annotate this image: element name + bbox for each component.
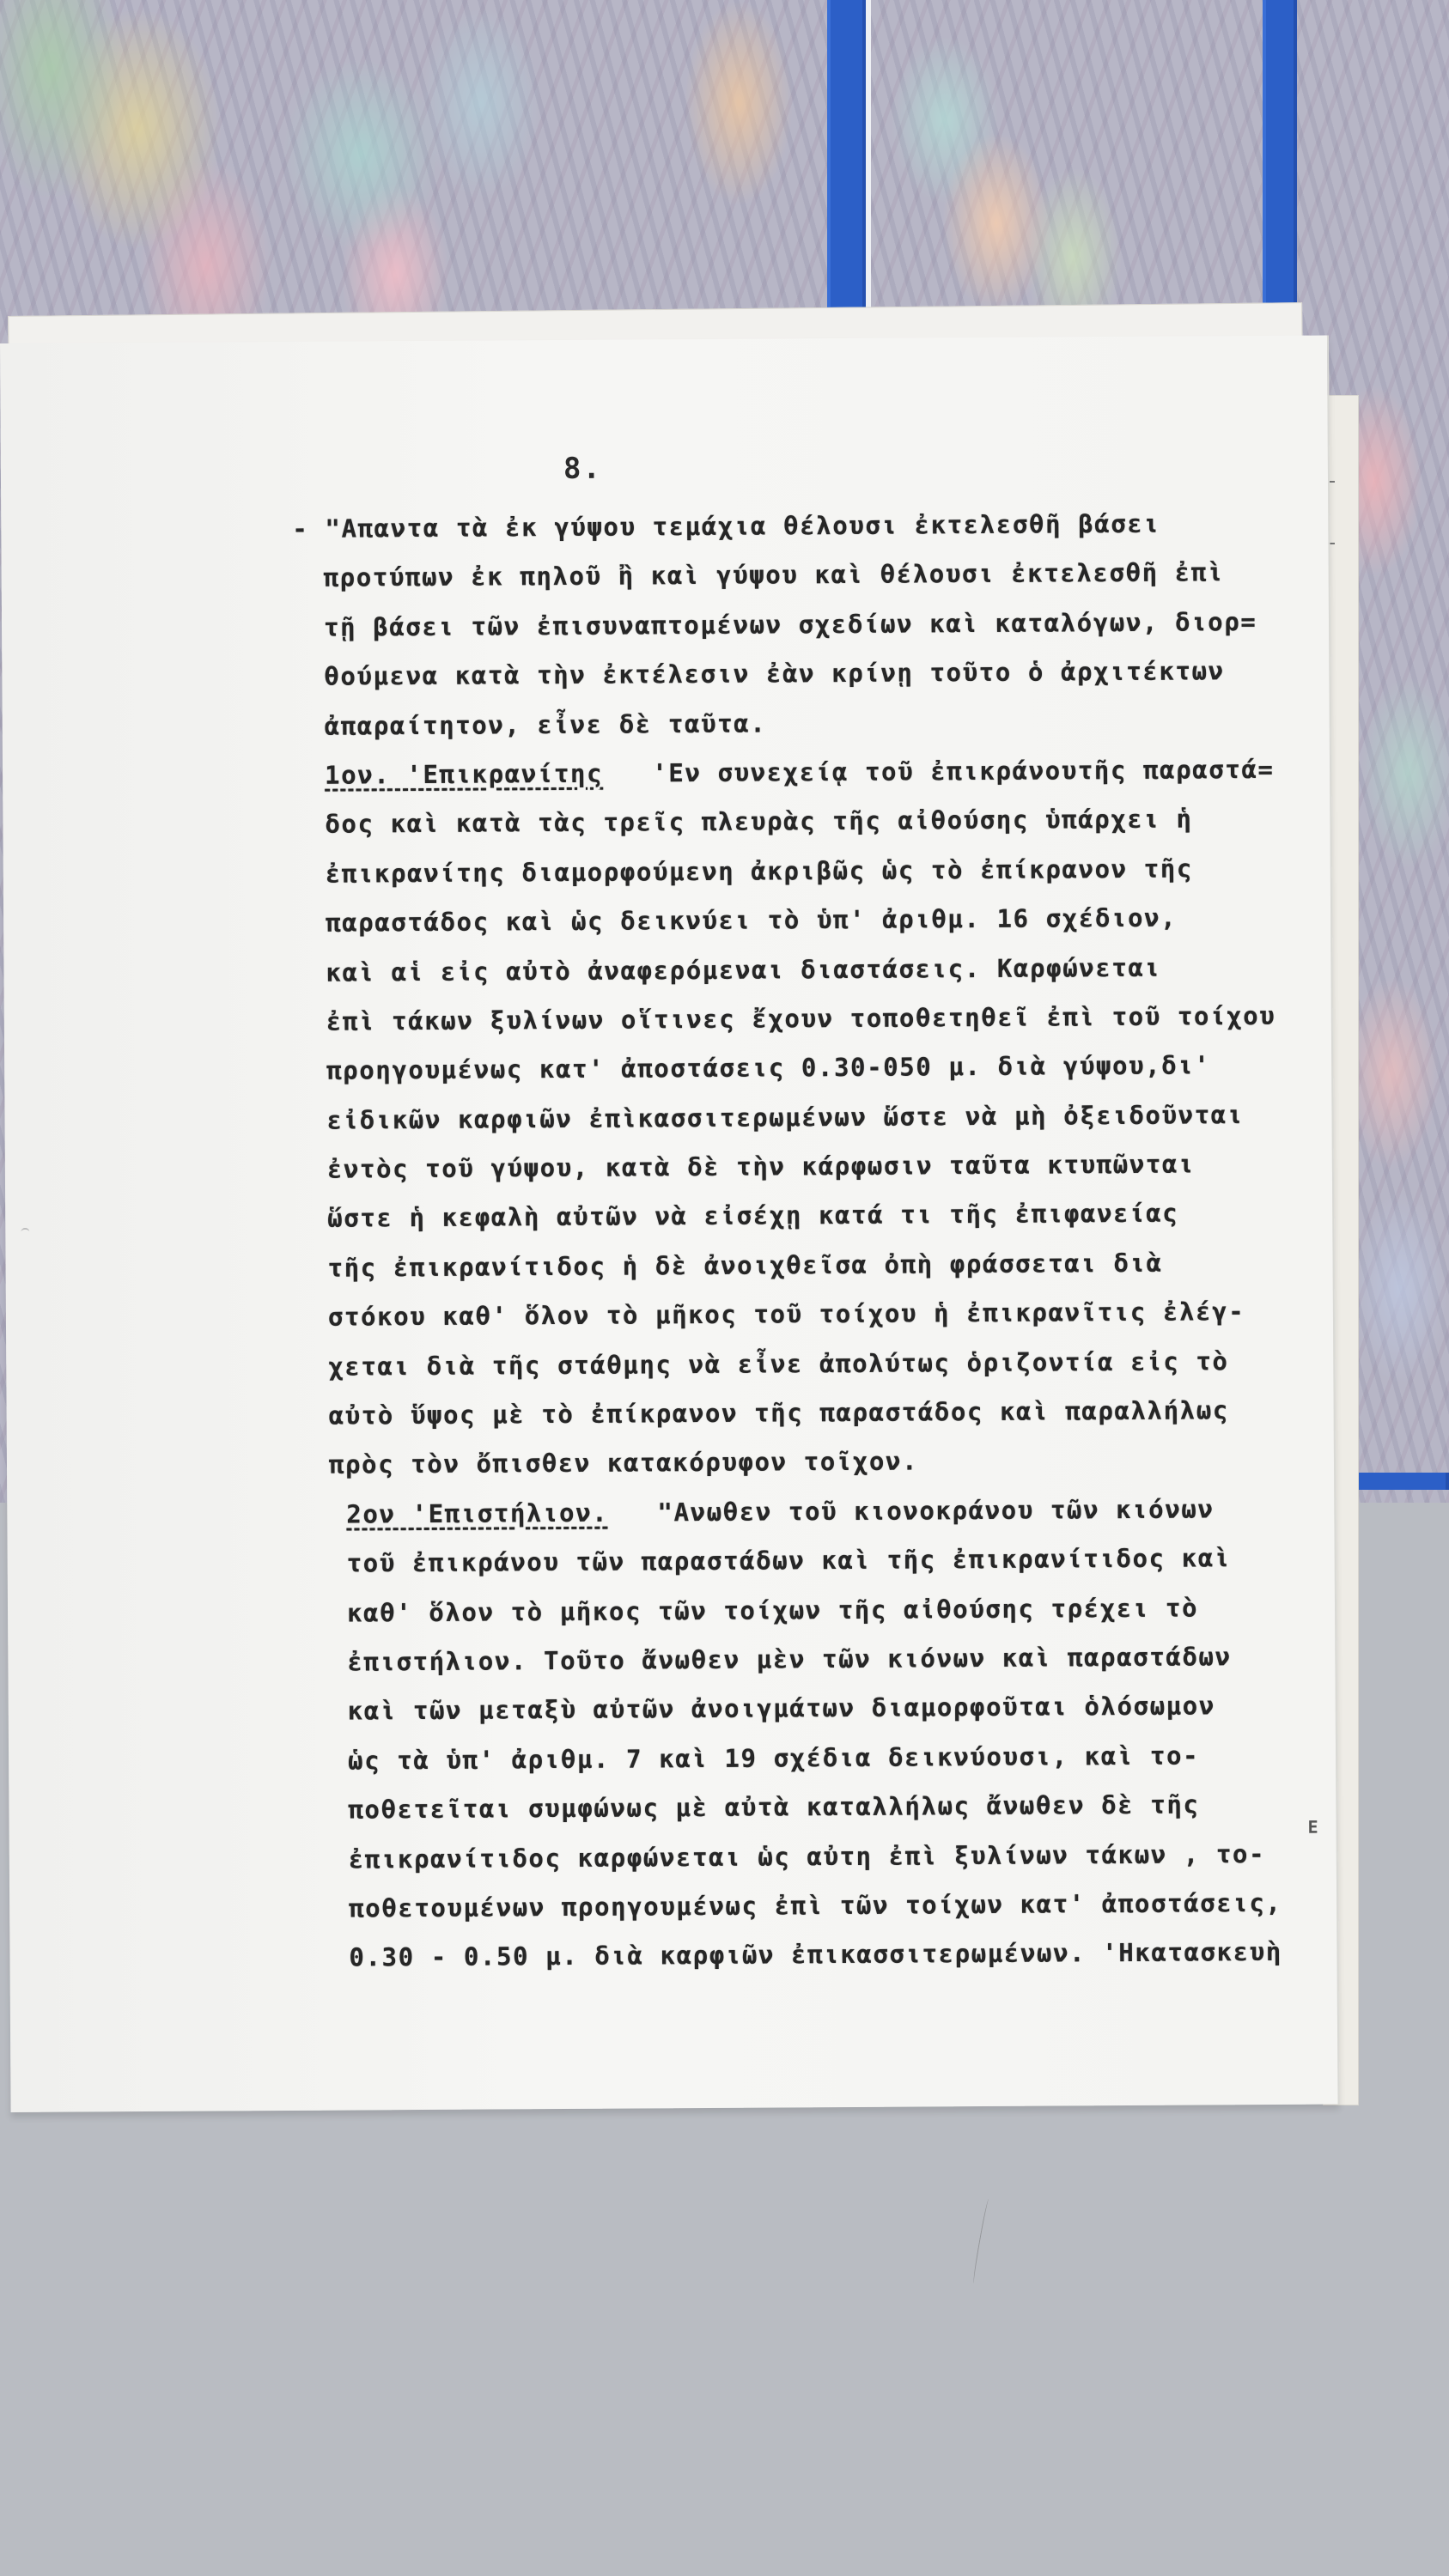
section-2-heading: 2ον 'Επιστήλιον. bbox=[346, 1498, 608, 1529]
text-line: ἀπαραίτητον, εἶνε δὲ ταῦτα. bbox=[325, 696, 1295, 750]
photo-scene: 8. - "Απαντα τὰ ἐκ γύψου τεμάχια θέλουσι… bbox=[0, 0, 1449, 2576]
text-line: τοῦ ἐπικράνου τῶν παραστάδων καὶ τῆς ἐπι… bbox=[347, 1534, 1300, 1589]
text-line: ἐπιστήλιον. Τοῦτο ἄνωθεν μὲν τῶν κιόνων … bbox=[347, 1632, 1300, 1687]
text-line: χεται διὰ τῆς στάθμης νὰ εἶνε ἀπολύτως ὁ… bbox=[328, 1336, 1299, 1391]
text-line: καὶ τῶν μεταξὺ αὐτῶν ἀνοιγμάτων διαμορφο… bbox=[348, 1681, 1301, 1736]
text-line: ἐντὸς τοῦ γύψου, κατὰ δὲ τὴν κάρφωσιν τα… bbox=[327, 1139, 1298, 1194]
text-line: καθ' ὅλον τὸ μῆκος τῶν τοίχων τῆς αἰθούσ… bbox=[347, 1583, 1300, 1637]
text-line: - "Απαντα τὰ ἐκ γύψου τεμάχια θέλουσι ἐκ… bbox=[292, 499, 1294, 555]
typed-text-body: - "Απαντα τὰ ἐκ γύψου τεμάχια θέλουσι ἐκ… bbox=[297, 499, 1302, 1984]
typewritten-page: 8. - "Απαντα τὰ ἐκ γύψου τεμάχια θέλουσι… bbox=[0, 336, 1340, 2112]
text-line: ποθετεῖται συμφώνως μὲ αὐτὰ καταλλήλως ἄ… bbox=[348, 1780, 1301, 1835]
text-line: τῇ βάσει τῶν ἐπισυναπτομένων σχεδίων καὶ… bbox=[324, 598, 1294, 653]
section-1-first-line: 1ον. 'Επικρανίτης 'Εν συνεχείᾳ τοῦ ἐπικρ… bbox=[325, 745, 1295, 800]
text-line: ὡς τὰ ὑπ' ἀριθμ. 7 καὶ 19 σχέδια δεικνύο… bbox=[348, 1731, 1301, 1786]
text-line: 'Εν συνεχείᾳ τοῦ ἐπικράνουτῆς παραστά= bbox=[652, 755, 1274, 787]
text-line: παραστάδος καὶ ὡς δεικνύει τὸ ὑπ' ἀριθμ.… bbox=[326, 893, 1296, 948]
text-line: στόκου καθ' ὅλον τὸ μῆκος τοῦ τοίχου ἡ ἐ… bbox=[328, 1287, 1299, 1342]
blue-binder-strip-left bbox=[827, 0, 866, 318]
text-line: δος καὶ κατὰ τὰς τρεῖς πλευρὰς τῆς αἰθού… bbox=[325, 794, 1295, 849]
punch-hole-mark bbox=[21, 1228, 29, 1236]
text-line: πρὸς τὸν ὄπισθεν κατακόρυφον τοῖχον. bbox=[329, 1435, 1300, 1490]
text-line: εἰδικῶν καρφιῶν ἐπὶκασσιτερωμένων ὥστε ν… bbox=[326, 1090, 1297, 1145]
text-line: θούμενα κατὰ τὴν ἐκτέλεσιν ἐὰν κρίνῃ τοῦ… bbox=[324, 647, 1294, 702]
text-line: προτύπων ἐκ πηλοῦ ἢ καὶ γύψου καὶ θέλουσ… bbox=[324, 548, 1294, 603]
text-line: προηγουμένως κατ' ἀποστάσεις 0.30-050 μ.… bbox=[326, 1041, 1297, 1096]
binder-gap bbox=[866, 0, 871, 309]
text-line: ἐπὶ τάκων ξυλίνων οἵτινες ἔχουν τοποθετη… bbox=[326, 992, 1297, 1047]
section-2-first-line: 2ον 'Επιστήλιον. "Ανωθεν τοῦ κιονοκράνου… bbox=[346, 1485, 1300, 1540]
text-line: ὥστε ἡ κεφαλὴ αὐτῶν νὰ εἰσέχῃ κατά τι τῆ… bbox=[327, 1188, 1298, 1243]
text-line: ποθετουμένων προηγουμένως ἐπὶ τῶν τοίχων… bbox=[349, 1879, 1302, 1934]
table-scratch bbox=[971, 2198, 990, 2283]
section-1-heading: 1ον. 'Επικρανίτης bbox=[325, 759, 603, 790]
page-number: 8. bbox=[563, 452, 602, 486]
text-line: 0.30 - 0.50 μ. διὰ καρφιῶν ἐπικασσιτερωμ… bbox=[349, 1928, 1302, 1983]
text-line: αὐτὸ ὕψος μὲ τὸ ἐπίκρανον τῆς παραστάδος… bbox=[328, 1386, 1299, 1441]
text-line: καὶ αἱ εἰς αὐτὸ ἀναφερόμεναι διαστάσεις.… bbox=[326, 942, 1296, 997]
margin-mark: E bbox=[1308, 1817, 1318, 1838]
text-line: τῆς ἐπικρανίτιδος ἡ δὲ ἀνοιχθεῖσα ὀπὴ φρ… bbox=[327, 1238, 1298, 1293]
text-line: "Ανωθεν τοῦ κιονοκράνου τῶν κιόνων bbox=[657, 1494, 1214, 1527]
text-line: ἐπικρανίτιδος καρφώνεται ὡς αὐτη ἐπὶ ξυλ… bbox=[349, 1829, 1302, 1884]
text-line: ἐπικρανίτης διαμορφούμενη ἀκριβῶς ὡς τὸ … bbox=[326, 844, 1296, 899]
